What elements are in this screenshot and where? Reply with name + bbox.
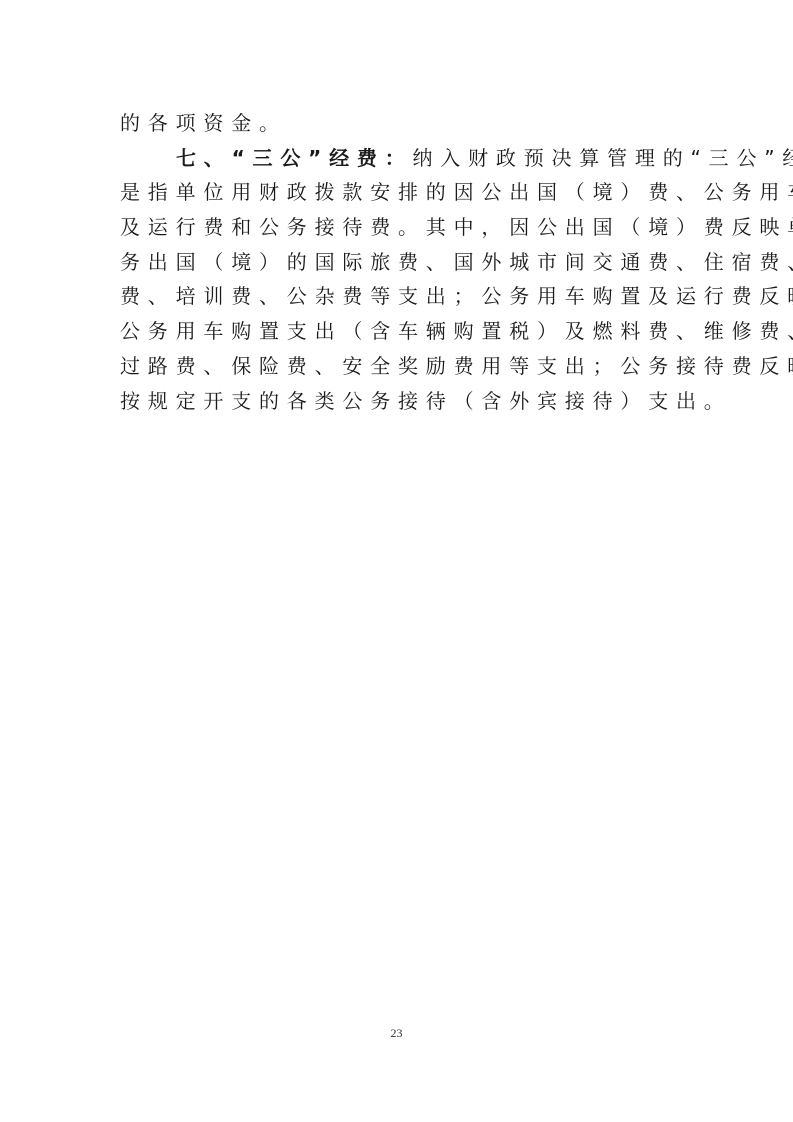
body-line: 是指单位用财政拨款安排的因公出国（境）费、公务用车购置: [120, 175, 700, 210]
page-number: 23: [0, 1026, 793, 1041]
body-line: 费、培训费、公杂费等支出；公务用车购置及运行费反映单位: [120, 279, 700, 314]
body-line: 务出国（境）的国际旅费、国外城市间交通费、住宿费、伙食: [120, 245, 700, 280]
section-heading: 七、“三公”经费：: [176, 146, 413, 170]
body-line: 及运行费和公务接待费。其中，因公出国（境）费反映单位公: [120, 210, 700, 245]
document-body: 的各项资金。 七、“三公”经费：纳入财政预决算管理的“三公”经费， 是指单位用财…: [120, 106, 700, 418]
section-text: 纳入财政预决算管理的“三公”经费，: [413, 146, 793, 170]
body-line: 公务用车购置支出（含车辆购置税）及燃料费、维修费、过桥: [120, 314, 700, 349]
body-line: 过路费、保险费、安全奖励费用等支出；公务接待费反映单位: [120, 349, 700, 384]
section-seven-first-line: 七、“三公”经费：纳入财政预决算管理的“三公”经费，: [120, 141, 700, 176]
paragraph-continuation-line: 的各项资金。: [120, 106, 700, 141]
body-line: 按规定开支的各类公务接待（含外宾接待）支出。: [120, 384, 700, 419]
